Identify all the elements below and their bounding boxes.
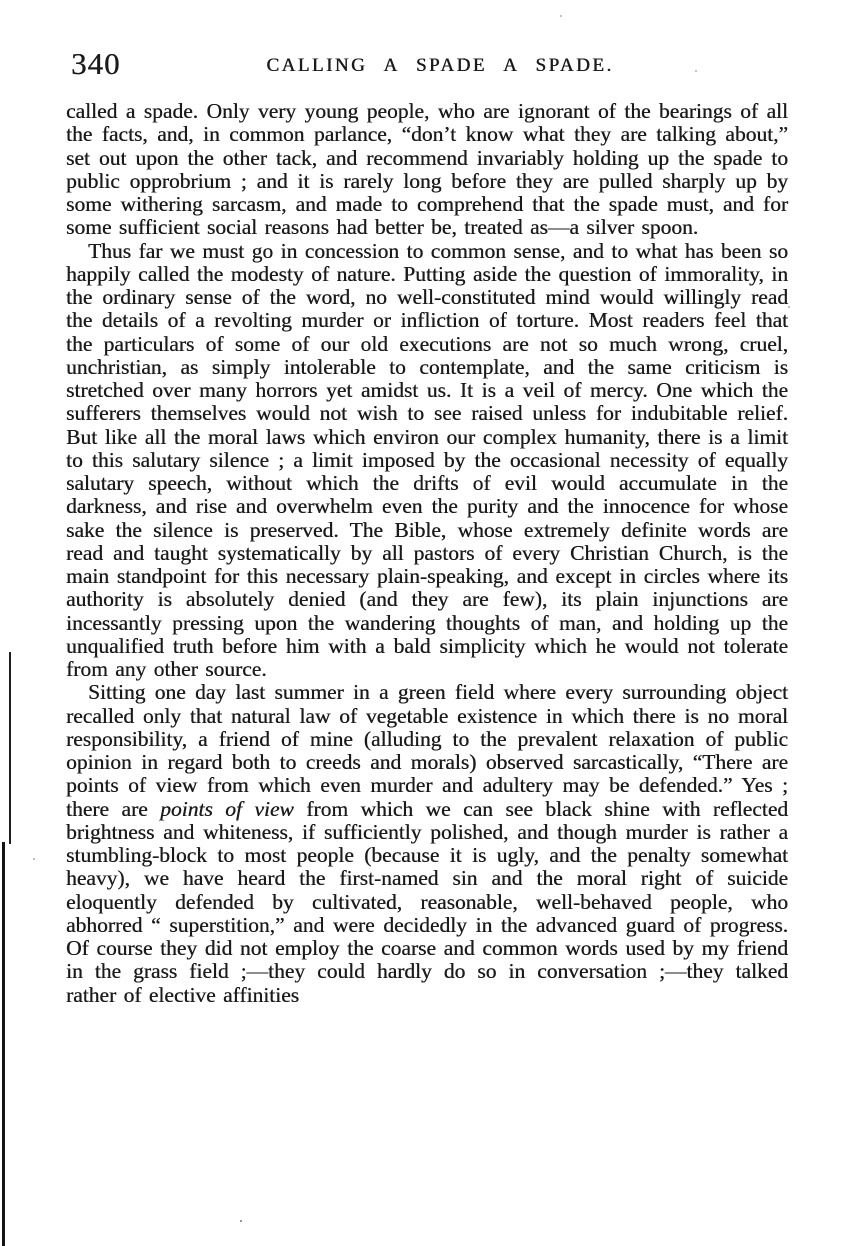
paragraph: Thus far we must go in concession to com…	[66, 240, 788, 682]
page-header: 340 CALLING A SPADE A SPADE.	[66, 48, 788, 84]
scan-speck	[240, 1220, 242, 1222]
page-body: called a spade. Only very young people, …	[66, 100, 788, 1007]
text-run: from which we can see black shine with r…	[66, 797, 788, 1007]
scan-artifact-line	[9, 652, 11, 844]
text-run: Thus far we must go in concession to com…	[66, 239, 788, 682]
book-page: 340 CALLING A SPADE A SPADE. called a sp…	[0, 0, 846, 1246]
italic-text-run: points of view	[160, 797, 294, 821]
paragraph: called a spade. Only very young people, …	[66, 100, 788, 240]
text-run: called a spade. Only very young people, …	[66, 99, 788, 239]
paragraph: Sitting one day last summer in a green f…	[66, 681, 788, 1007]
running-title: CALLING A SPADE A SPADE.	[79, 55, 801, 77]
scan-artifact-line	[2, 842, 5, 1246]
